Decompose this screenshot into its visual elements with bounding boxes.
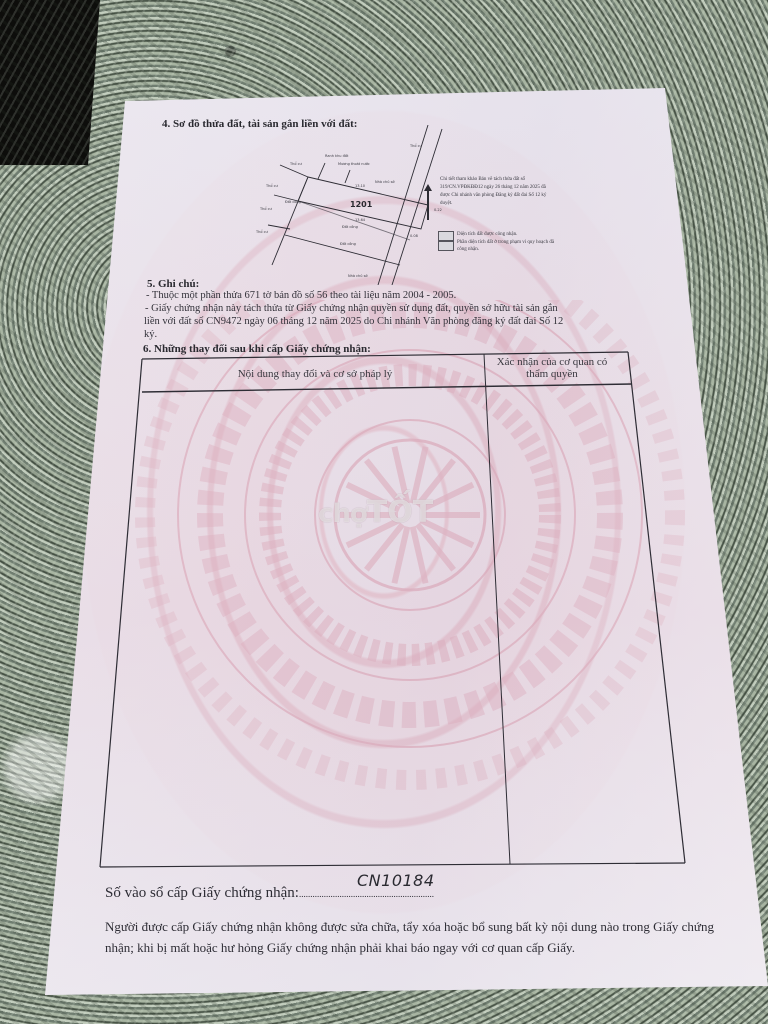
svg-text:Nhà chủ sở: Nhà chủ sở	[375, 180, 395, 184]
cadastral-map: 1201 Thổ cư Thổ cư Thổ cư Thổ cư Thổ cư …	[250, 125, 450, 285]
svg-text:Đất công: Đất công	[342, 225, 358, 229]
svg-text:Thổ cư: Thổ cư	[265, 183, 279, 188]
svg-text:Thổ cư: Thổ cư	[409, 143, 423, 148]
legend-swatch-planning	[438, 241, 454, 251]
certificate-number-label: Số vào sổ cấp Giấy chứng nhận:..........…	[105, 885, 434, 902]
note-line-3: liền với đất số CN9472 ngày 06 tháng 12 …	[144, 316, 563, 327]
legend-swatch-recognized	[438, 231, 454, 241]
svg-text:1201: 1201	[350, 200, 373, 209]
section-6-title: 6. Những thay đổi sau khi cấp Giấy chứng…	[143, 343, 371, 355]
document-content: 4. Sơ đồ thửa đất, tài sản gắn liền với …	[0, 0, 768, 1024]
svg-text:Đất công: Đất công	[340, 242, 356, 246]
section-5-title: 5. Ghi chú:	[147, 278, 199, 290]
note-line-4: ký.	[144, 329, 157, 340]
svg-text:0.08: 0.08	[410, 234, 418, 238]
svg-text:Nhà chủ sở: Nhà chủ sở	[348, 274, 368, 278]
chotot-watermark: chợTỐT	[318, 495, 433, 530]
column-header-change-content: Nội dung thay đổi và cơ sở pháp lý	[190, 368, 440, 380]
note-line-2: - Giấy chứng nhận này tách thửa từ Giấy …	[145, 303, 558, 314]
svg-text:Đất công: Đất công	[285, 200, 301, 204]
watermark-brand: TỐT	[367, 495, 433, 530]
map-reference-note: Chi tiết tham khảo Bản vẽ tách thửa đất …	[440, 176, 550, 208]
svg-text:0.22: 0.22	[434, 208, 442, 212]
watermark-prefix: chợ	[318, 499, 367, 529]
certificate-warning: Người được cấp Giấy chứng nhận không đượ…	[105, 916, 745, 958]
certificate-label-text: Số vào sổ cấp Giấy chứng nhận:	[105, 885, 299, 901]
svg-text:Thổ cư: Thổ cư	[289, 161, 303, 166]
north-arrow-icon	[427, 190, 429, 220]
svg-text:Ranh khu đất: Ranh khu đất	[325, 154, 349, 158]
svg-text:Mương thoát nước: Mương thoát nước	[338, 162, 370, 166]
note-line-1: - Thuộc một phần thửa 671 tờ bản đồ số 5…	[146, 290, 456, 301]
legend-recognized-area: Diện tích đất được công nhận.	[457, 231, 557, 238]
svg-text:13.10: 13.10	[355, 184, 365, 188]
certificate-dots: ........................................…	[299, 889, 434, 899]
svg-text:Thổ cư: Thổ cư	[255, 229, 269, 234]
svg-text:Thổ cư: Thổ cư	[259, 206, 273, 211]
legend-planning-area: Phần diện tích đất ở trong phạm vi quy h…	[457, 239, 557, 253]
svg-text:13.64: 13.64	[355, 218, 366, 222]
column-header-authority-confirmation: Xác nhận của cơ quan có thẩm quyền	[488, 356, 616, 380]
